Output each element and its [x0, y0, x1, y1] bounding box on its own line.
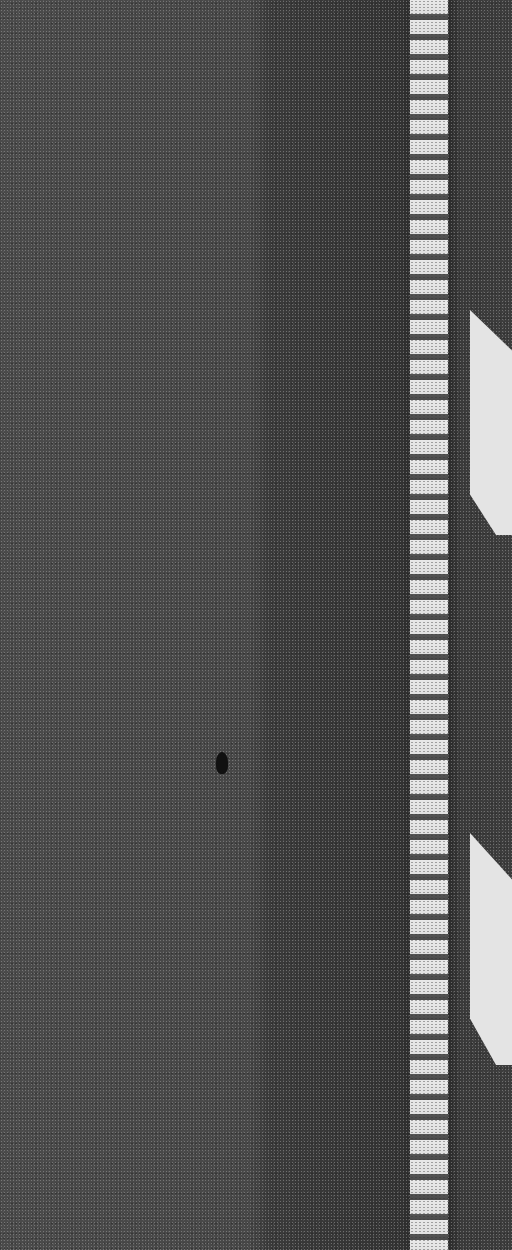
oil-stain — [216, 752, 228, 774]
dashed-lane-line — [410, 0, 448, 1250]
road-surface — [0, 0, 512, 1250]
